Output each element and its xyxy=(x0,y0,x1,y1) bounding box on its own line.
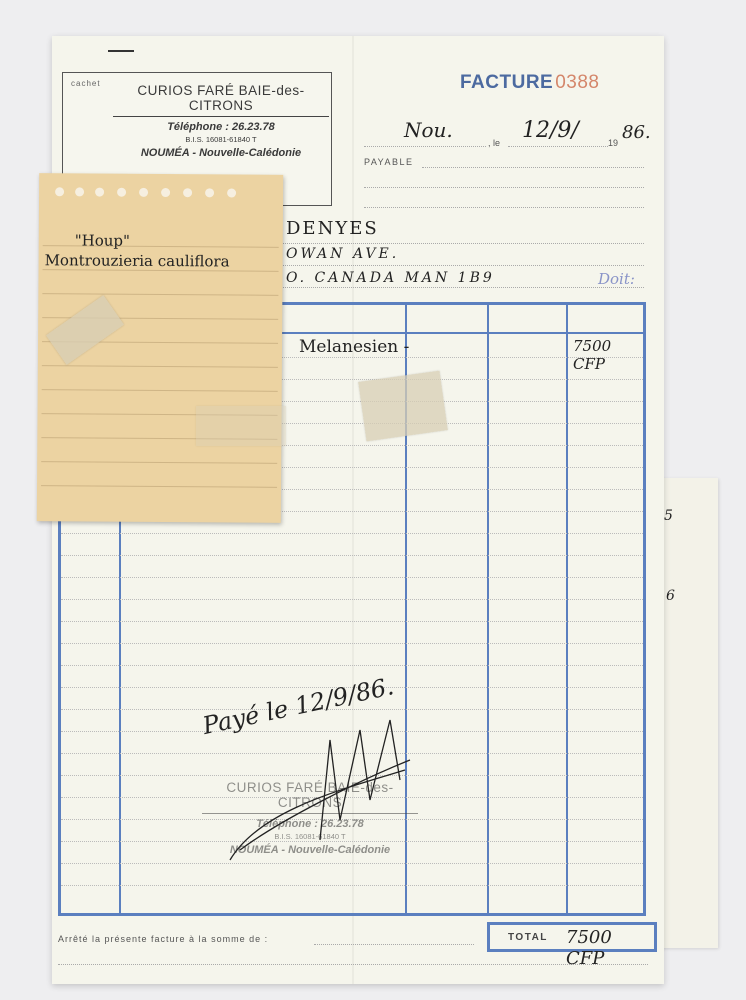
row-line xyxy=(61,665,643,666)
address-dotline-2 xyxy=(280,265,644,266)
row-line xyxy=(61,577,643,578)
note-common-name: "Houp" xyxy=(75,231,130,249)
note-hole xyxy=(183,188,192,197)
note-scientific-name: Montrouzieria cauliflora xyxy=(45,251,230,270)
year-handwritten: 86. xyxy=(622,122,651,143)
note-hole xyxy=(75,187,84,196)
total-box: TOTAL 7500 CFP xyxy=(487,922,657,952)
payable-dotline-2 xyxy=(364,187,644,188)
payable-label: PAYABLE xyxy=(364,157,414,167)
business-stamp: CURIOS FARÉ BAIE-des-CITRONS Téléphone :… xyxy=(113,83,329,159)
recipient-name: DENYES xyxy=(286,218,379,239)
note-line xyxy=(42,293,278,296)
date-handwritten: 12/9/ xyxy=(522,118,579,143)
invoice-number: 0388 xyxy=(555,72,599,93)
top-dash-mark xyxy=(108,50,134,52)
doit-label: Doit: xyxy=(598,270,635,288)
tape-piece-2 xyxy=(358,371,448,442)
address-dotline-0 xyxy=(364,207,644,208)
stamp-city: NOUMÉA - Nouvelle-Calédonie xyxy=(113,147,329,159)
date-le-label: , le xyxy=(488,138,500,148)
col-divider-3 xyxy=(487,305,489,913)
row-line xyxy=(61,533,643,534)
row-line xyxy=(61,621,643,622)
row-line xyxy=(61,555,643,556)
note-hole xyxy=(55,187,64,196)
note-hole xyxy=(95,188,104,197)
sum-label: Arrêté la présente facture à la somme de… xyxy=(58,934,268,944)
note-hole xyxy=(161,188,170,197)
row-line xyxy=(61,885,643,886)
payable-dotline xyxy=(422,167,644,168)
total-value: 7500 CFP xyxy=(566,927,654,969)
stamp-business-name: CURIOS FARÉ BAIE-des-CITRONS xyxy=(113,83,329,117)
margin-mark-5: 5 xyxy=(664,508,673,524)
recipient-city: O. CANADA MAN 1B9 xyxy=(286,270,495,286)
col-divider-4 xyxy=(566,305,568,913)
note-line xyxy=(41,485,277,488)
note-line xyxy=(42,365,278,368)
note-hole xyxy=(139,188,148,197)
note-line xyxy=(42,389,278,392)
stamp-bis: B.I.S. 16081-61840 T xyxy=(113,135,329,144)
sum-dotline-2 xyxy=(58,964,648,965)
note-hole xyxy=(117,188,126,197)
line-item-amount: 7500 CFP xyxy=(573,337,643,373)
date-dotline xyxy=(508,146,608,147)
signature-scribble xyxy=(200,700,430,880)
total-label: TOTAL xyxy=(508,932,548,943)
invoice-title-text: FACTURE xyxy=(460,72,553,93)
address-dotline-3 xyxy=(280,287,644,288)
folded-paper-flap: 5 6 xyxy=(660,478,718,948)
recipient-street: OWAN AVE. xyxy=(286,246,399,262)
sum-dotline xyxy=(314,944,474,945)
row-line xyxy=(61,599,643,600)
note-line xyxy=(41,461,277,464)
tape-piece-3 xyxy=(196,406,286,446)
line-item-description: Melanesien - xyxy=(299,337,409,357)
note-hole xyxy=(205,188,214,197)
address-dotline-1 xyxy=(280,243,644,244)
invoice-title: FACTURE0388 xyxy=(460,72,600,94)
year-prefix: 19 xyxy=(608,138,618,148)
margin-mark-6: 6 xyxy=(666,588,675,604)
place-dotline xyxy=(364,146,486,147)
cachet-label: cachet xyxy=(71,79,101,88)
stamp-telephone: Téléphone : 26.23.78 xyxy=(113,121,329,133)
row-line xyxy=(61,643,643,644)
place-handwritten: Nou. xyxy=(404,118,453,142)
note-hole xyxy=(227,188,236,197)
